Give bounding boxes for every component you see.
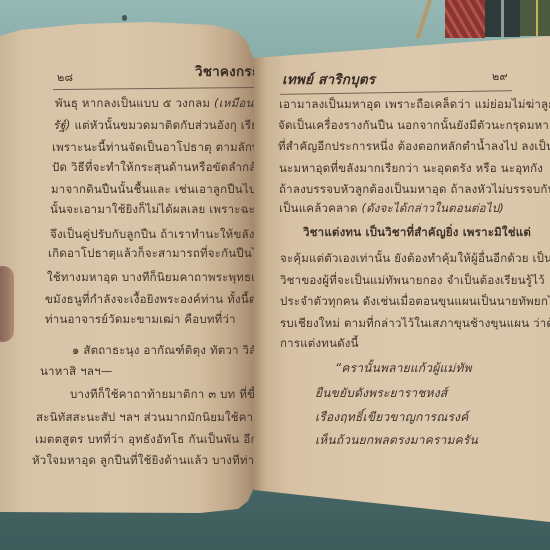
text-line: เอามาลงเป็นมหาอุด เพราะถือเคล็ดว่า แม่ย่… [279, 96, 507, 112]
text-line: รัฐ์) แต่หัวนั้นขมวดมาติดกับส่วนอังกุ เร… [53, 117, 254, 133]
thumb [0, 266, 14, 342]
text-line: จะคุ้มแต่ตัวเองเท่านั้น ยังต้องทำคุ้มให้… [280, 250, 506, 266]
text-line: ที่สำคัญอีกประการหนึ่ง ต้องตอกหลักตำน้ำล… [278, 138, 506, 154]
text-line: ใช้ทางมหาอุด บางทีก็นิยมคาถาพระพุทธเจ้าห… [47, 269, 254, 285]
header-rule [53, 87, 254, 90]
text-line: นาหาสิ ฯลฯ— [40, 363, 113, 379]
text-line: เพราะนะนี้ท่านจัดเป็นอาโปธาตุ ตามลักษณะโ… [52, 139, 254, 155]
left-page: ๒๘ วิชาคงกระพันชาตรี พันธุ หากลงเป็นแบบ … [0, 0, 254, 550]
text-line: เป็นแคล้วคลาด (ดังจะได้กล่าวในตอนต่อไป) [279, 200, 504, 216]
text-line: ท่านอาจารย์วัดมะขามเฒ่า คือบทที่ว่า [45, 311, 236, 327]
text-line: มาจากดินปืนนั้นชื้นและ เช่นเอาลูกปืนไปแช… [51, 181, 254, 197]
text-line: จึงเป็นคู่ปรับกับลูกปืน ถ้าเราทำนะให้ขลั… [50, 226, 254, 242]
paragraph-first-line: วิชาแต่งทน เป็นวิชาที่สำคัญยิ่ง เพราะมิใ… [303, 224, 505, 240]
text-line: ขมังธนูที่กำลังจะเงื้อยิงพระองค์ท่าน ทั้… [45, 291, 254, 307]
text-segment: แต่หัวนั้นขมวดมาติดกับส่วนอังกุ เรียกว่า… [74, 118, 254, 132]
right-page: เทพย์ สาริกบุตร ๒๙ เอามาลงเป็นมหาอุด เพร… [254, 0, 550, 550]
text-line: บางทีก็ใช้คาถาท้ายมาติกา ๓ บท ที่ขึ้นต้น… [70, 386, 254, 402]
background-speck [122, 15, 127, 21]
text-line: ปัด วิธีที่จะทำให้กระสุนด้านหรือขัดลำกล้… [52, 159, 254, 175]
text-segment: พันธุ หากลงเป็นแบบ ๕ วงกลม [55, 96, 210, 110]
text-line: นั้นจะเอามาใช้ยิงก็ไม่ได้ผลเลย เพราะฉะนั… [50, 201, 254, 217]
text-segment: เป็นแคล้วคลาด [279, 201, 358, 215]
text-line: การแต่งทนดังนี้ [280, 335, 359, 351]
text-line: วิชาของผู้ที่จะเป็นแม่ทัพนายกอง จำเป็นต้… [280, 272, 506, 288]
verse-line: ยืนขยับดังพระยาราชหงส์ [315, 385, 447, 401]
background-stick [416, 0, 432, 39]
text-line: สะนิทัสสะนะสัป ฯลฯ ส่วนมากมักนิยมใช้คาถา… [36, 409, 254, 425]
page-number: ๒๙ [492, 69, 508, 85]
background-red-object [445, 0, 485, 38]
verse-line: เห็นถ้วนยกพลตรงมาครามครัน [315, 432, 478, 448]
text-line: เมตตสูตร บทที่ว่า อุทธังอัทโธ กันเป็นพัน… [35, 431, 254, 447]
verse-line: “ครานั้นพลายแก้วผู้แม่ทัพ [335, 360, 472, 376]
background-green-object [520, 0, 550, 36]
text-line: นะมหาอุดที่ขลังมากเรียกว่า นะอุดตรัง หรื… [279, 160, 505, 176]
numbered-verse-line: ๑ สัตถาธะนุง อากัณฑ์ติตุง ทัตวา วิสัชชิ [72, 342, 254, 358]
page-number: ๒๘ [57, 70, 73, 86]
verse-line: เรืองฤทธิ์เขียวขาญการณรงค์ [315, 409, 468, 425]
running-head: เทพย์ สาริกบุตร [282, 72, 375, 88]
text-line: หัวใจมหาอุด ลูกปืนที่ใช้ยิงด้านแล้ว บางท… [32, 452, 254, 468]
text-line: จัดเป็นเครื่องรางกันปืน นอกจากนั้นยังมีต… [278, 117, 506, 133]
background-yellow-line [536, 0, 538, 36]
italic-segment: รัฐ์) [53, 118, 71, 132]
running-head: วิชาคงกระพันชาตรี [195, 64, 254, 80]
italic-segment: (ดังจะได้กล่าวในตอนต่อไป) [361, 201, 504, 215]
text-line: รบเชียงใหม่ ตามที่กล่าวไว้ในเสภาขุนช้างข… [280, 315, 506, 331]
header-rule [280, 90, 512, 95]
text-line: พันธุ หากลงเป็นแบบ ๕ วงกลม (เหมือนนะอัดพ… [55, 95, 254, 111]
text-line: เกิดอาโปธาตุแล้วก็จะสามารถที่จะกันปืนได้… [48, 245, 254, 261]
text-line: ประจำตัวทุกคน ดังเช่นเมื่อตอนขุนแผนเป็นน… [280, 293, 506, 309]
text-line: ถ้าลงบรรจบหัวลูกต้องเป็นมหาอุด ถ้าลงหัวไ… [279, 181, 505, 197]
background-light-strip [501, 0, 504, 37]
italic-segment: (เหมือนนะอัดพันธ์ [214, 96, 254, 110]
